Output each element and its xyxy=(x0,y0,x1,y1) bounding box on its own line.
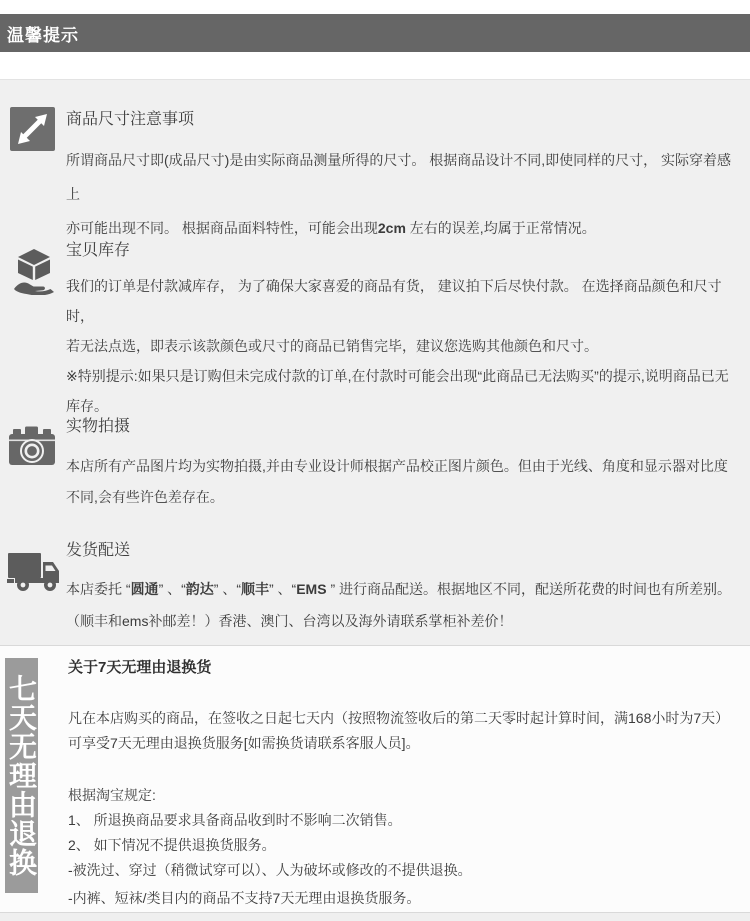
text-line: 可享受7天无理由退换货服务[如需换货请联系客服人员]。 xyxy=(68,731,732,756)
section-returns-policy: 七天无理由退换 关于7天无理由退换货 凡在本店购买的商品，在签收之日起七天内（按… xyxy=(0,646,750,912)
text-line: 根据淘宝规定: xyxy=(68,783,732,808)
seven-day-return-banner: 七天无理由退换 xyxy=(5,658,38,893)
resize-arrow-icon xyxy=(10,107,62,157)
section-heading: 商品尺寸注意事项 xyxy=(66,109,750,131)
package-hand-icon xyxy=(12,247,64,297)
banner-vertical-text: 七天无理由退换 xyxy=(5,674,38,877)
text-line: 1、 所退换商品要求具备商品收到时不影响二次销售。 xyxy=(68,808,732,833)
section-stock: 宝贝库存 我们的订单是付款减库存， 为了确保大家喜爱的商品有货， 建议拍下后尽快… xyxy=(0,240,750,421)
section-heading: 宝贝库存 xyxy=(66,240,750,262)
text-line: 本店委托 “圆通” 、“韵达” 、“顺丰” 、“EMS ” 进行商品配送。根据地… xyxy=(66,573,738,605)
section-title-bar: 温馨提示 xyxy=(0,14,750,52)
text-line: -被洗过、穿过（稍微试穿可以）、人为破坏或修改的不提供退换。 xyxy=(68,858,732,883)
section-photo: 实物拍摄 本店所有产品图片均为实物拍摄,并由专业设计师根据产品校正图片颜色。但由… xyxy=(0,416,750,513)
section-body: 本店所有产品图片均为实物拍摄,并由专业设计师根据产品校正图片颜色。但由于光线、角… xyxy=(66,451,738,513)
text-line: 凡在本店购买的商品，在签收之日起七天内（按照物流签收后的第二天零时起计算时间，满… xyxy=(68,706,732,731)
bottom-divider-strip xyxy=(0,912,750,921)
section-heading: 发货配送 xyxy=(66,540,750,562)
returns-heading: 关于7天无理由退换货 xyxy=(68,657,211,679)
text-line: 所谓商品尺寸即(成品尺寸)是由实际商品测量所得的尺寸。 根据商品设计不同,即使同… xyxy=(66,143,738,211)
tips-panel: 商品尺寸注意事项 所谓商品尺寸即(成品尺寸)是由实际商品测量所得的尺寸。 根据商… xyxy=(0,79,750,646)
section-heading: 实物拍摄 xyxy=(66,416,750,438)
section-body: 本店委托 “圆通” 、“韵达” 、“顺丰” 、“EMS ” 进行商品配送。根据地… xyxy=(66,573,738,637)
text-line: （顺丰和ems补邮差！）香港、澳门、台湾以及海外请联系掌柜补差价！ xyxy=(66,605,738,637)
text-line: ※特别提示:如果只是订购但未完成付款的订单,在付款时可能会出现“此商品已无法购买… xyxy=(66,361,738,391)
text-line: 若无法点选，即表示该款颜色或尺寸的商品已销售完毕，建议您选购其他颜色和尺寸。 xyxy=(66,331,738,361)
section-shipping: 发货配送 本店委托 “圆通” 、“韵达” 、“顺丰” 、“EMS ” 进行商品配… xyxy=(0,540,750,637)
text-line: 2、 如下情况不提供退换货服务。 xyxy=(68,833,732,858)
page-title: 温馨提示 xyxy=(0,21,79,46)
section-body: 所谓商品尺寸即(成品尺寸)是由实际商品测量所得的尺寸。 根据商品设计不同,即使同… xyxy=(66,143,738,245)
text-line: -内裤、短袜/类目内的商品不支持7天无理由退换货服务。 xyxy=(68,886,732,911)
truck-icon xyxy=(6,549,58,599)
text-line: 我们的订单是付款减库存， 为了确保大家喜爱的商品有货， 建议拍下后尽快付款。 在… xyxy=(66,271,738,331)
text-line: 不同,会有些许色差存在。 xyxy=(66,482,738,513)
camera-icon xyxy=(8,425,60,475)
section-body: 我们的订单是付款减库存， 为了确保大家喜爱的商品有货， 建议拍下后尽快付款。 在… xyxy=(66,271,738,421)
returns-body: 凡在本店购买的商品，在签收之日起七天内（按照物流签收后的第二天零时起计算时间，满… xyxy=(68,706,732,911)
text-line: 本店所有产品图片均为实物拍摄,并由专业设计师根据产品校正图片颜色。但由于光线、角… xyxy=(66,451,738,482)
warm-tips-page: 温馨提示 商品尺寸注意事项 所谓商品尺寸即(成品尺寸)是由实际商品测量所得的尺寸… xyxy=(0,0,750,921)
section-size-notice: 商品尺寸注意事项 所谓商品尺寸即(成品尺寸)是由实际商品测量所得的尺寸。 根据商… xyxy=(0,109,750,245)
